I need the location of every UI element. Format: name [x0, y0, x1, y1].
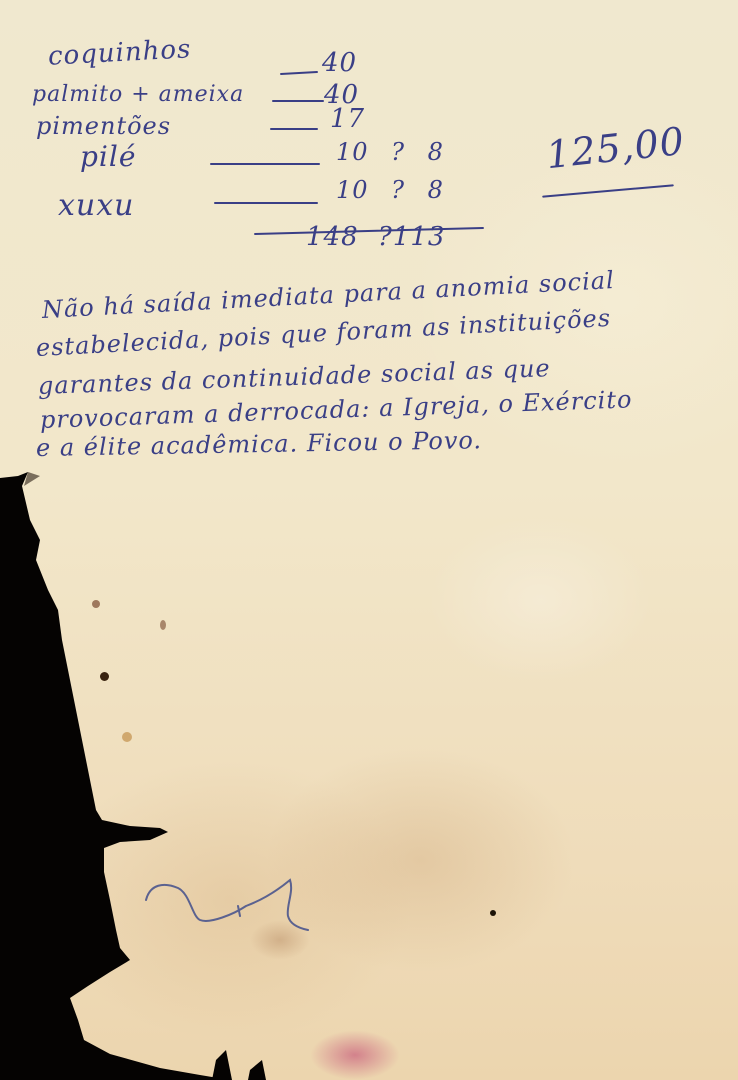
list-total: 148 ?113 [306, 222, 445, 252]
item-name: pimentões [36, 112, 171, 140]
item-name: pilé [80, 140, 136, 173]
item-value: 10 ? 8 [336, 138, 444, 166]
signature-rubric [138, 876, 318, 936]
item-value: 40 [322, 48, 357, 78]
item-name: palmito + ameixa [32, 82, 244, 107]
item-value: 10 ? 8 [336, 176, 444, 204]
item-dash [272, 100, 324, 102]
item-dash [210, 163, 320, 165]
item-dash [270, 128, 318, 130]
item-name: xuxu [58, 188, 134, 223]
item-dash [214, 202, 318, 204]
item-value: 17 [330, 104, 365, 134]
